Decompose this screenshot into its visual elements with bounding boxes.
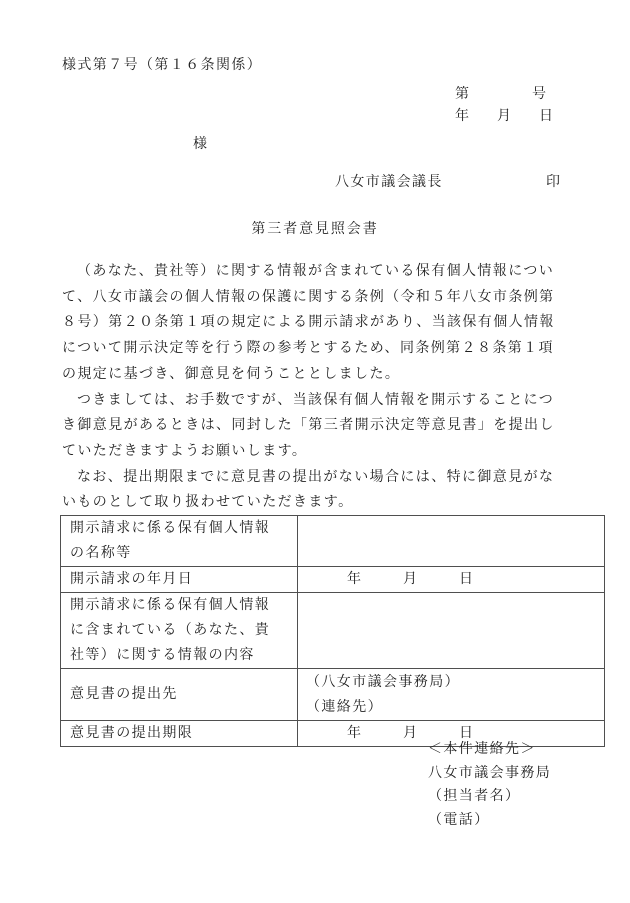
document-page: 様式第７号（第１６条関係） 第 号 年 月 日 様 八女市議会議長 印 第三者意… — [0, 0, 630, 903]
row-value-request-date: 年 月 日 — [298, 567, 605, 593]
row-label-content: 開示請求に係る保有個人情報 に含まれている（あなた、貴 社等）に関する情報の内容 — [61, 593, 298, 669]
contact-person: （担当者名） — [428, 785, 551, 809]
request-details-table: 開示請求に係る保有個人情報 の名称等 開示請求の年月日 年 月 日 開示請求に係… — [60, 515, 605, 747]
row-value-content-blank — [298, 593, 605, 669]
paragraph-1: （あなた、貴社等）に関する情報が含まれている保有個人情報につい て、八女市議会の… — [62, 259, 574, 388]
row-label-deadline: 意見書の提出期限 — [61, 721, 298, 747]
issuer-name: 八女市議会議長 — [335, 170, 443, 196]
row-value-name-blank — [298, 516, 605, 567]
table-row-request-date: 開示請求の年月日 年 月 日 — [61, 567, 605, 593]
paragraph-3: なお、提出期限までに意見書の提出がない場合には、特に御意見がな いものとして取り… — [62, 465, 574, 516]
table-row-content: 開示請求に係る保有個人情報 に含まれている（あなた、貴 社等）に関する情報の内容 — [61, 593, 605, 669]
seal-placeholder: 印 — [546, 170, 561, 196]
row-label-submit-to: 意見書の提出先 — [61, 669, 298, 721]
contact-phone: （電話） — [428, 809, 551, 833]
table-row-submit-to: 意見書の提出先 （八女市議会事務局） （連絡先） — [61, 669, 605, 721]
form-number: 様式第７号（第１６条関係） — [62, 53, 262, 79]
contact-block: ＜本件連絡先＞ 八女市議会事務局 （担当者名） （電話） — [428, 738, 551, 832]
row-label-request-date: 開示請求の年月日 — [61, 567, 298, 593]
contact-org: 八女市議会事務局 — [428, 762, 551, 786]
body-text: （あなた、貴社等）に関する情報が含まれている保有個人情報につい て、八女市議会の… — [62, 259, 574, 516]
row-value-submit-to: （八女市議会事務局） （連絡先） — [298, 669, 605, 721]
row-label-name: 開示請求に係る保有個人情報 の名称等 — [61, 516, 298, 567]
issue-date-line: 年 月 日 — [455, 104, 553, 130]
document-title: 第三者意見照会書 — [0, 217, 630, 243]
contact-header: ＜本件連絡先＞ — [428, 738, 551, 762]
table-row-name: 開示請求に係る保有個人情報 の名称等 — [61, 516, 605, 567]
paragraph-2: つきましては、お手数ですが、当該保有個人情報を開示することにつ き御意見があると… — [62, 388, 574, 465]
addressee-suffix: 様 — [193, 132, 208, 158]
